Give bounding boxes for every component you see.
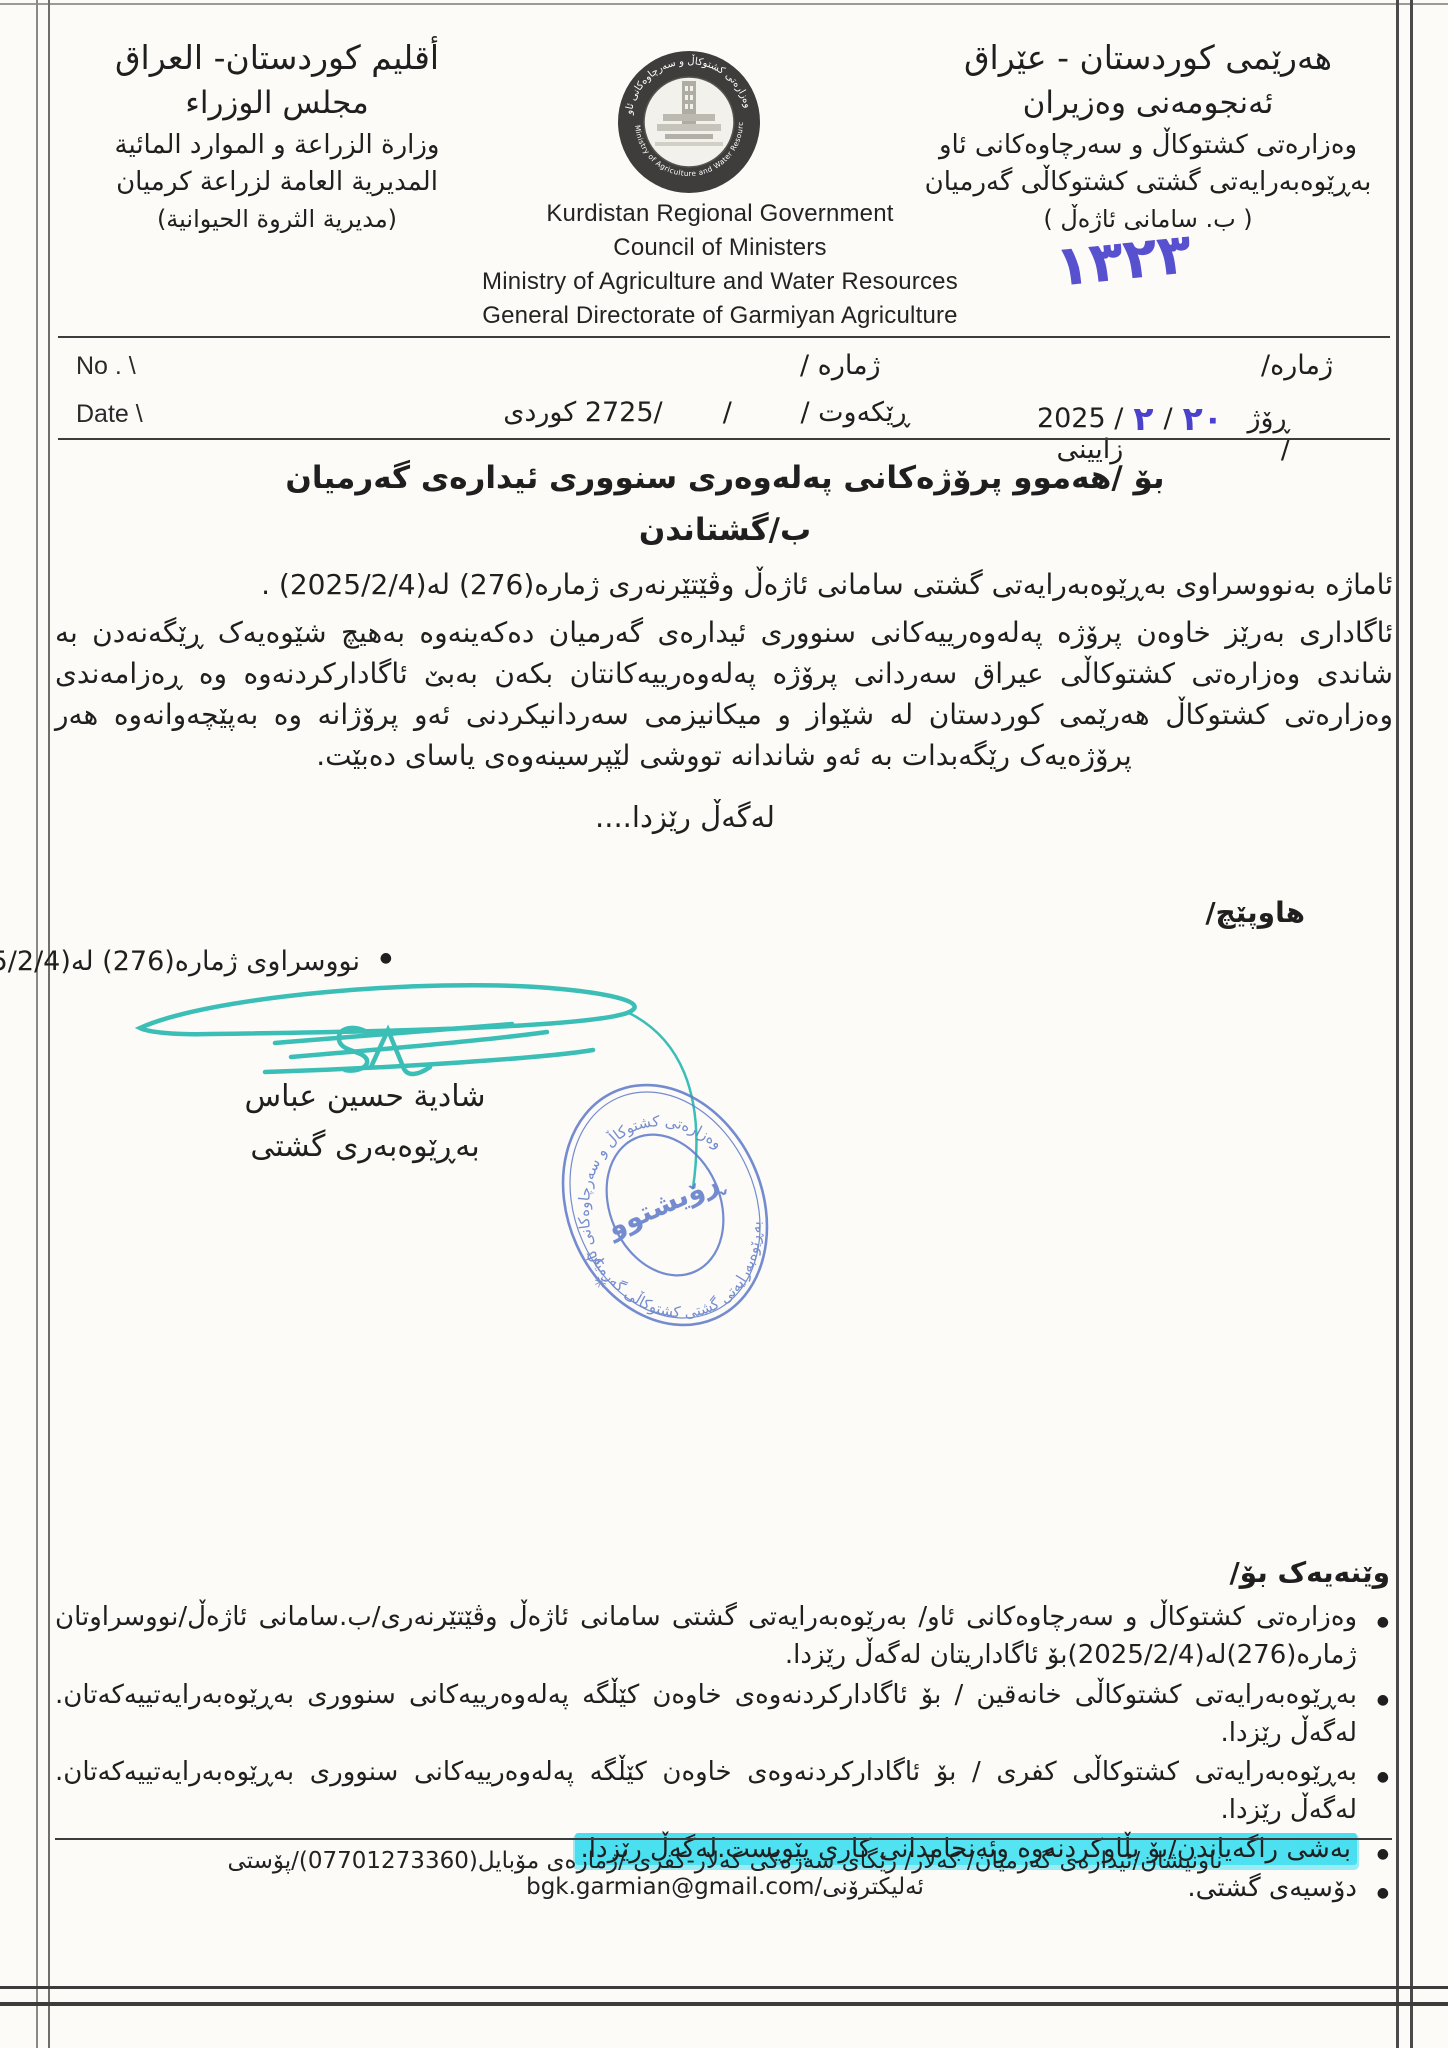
handwritten-doc-number: ١٣٢٣	[1052, 221, 1195, 300]
signer-title: به‌ڕێوه‌به‌ری گشتی	[230, 1122, 500, 1172]
kurdish-region-line: هه‌رێمی کوردستان - عێراق	[918, 34, 1378, 81]
english-council-line: Council of Ministers	[425, 231, 1015, 265]
top-scan-line	[0, 3, 1448, 5]
header-english-block: Kurdistan Regional Government Council of…	[425, 197, 1015, 333]
no-label: No . \	[76, 352, 136, 381]
right-number-label: ژماره/	[1213, 350, 1333, 381]
attachment-label: هاوپێچ/	[1205, 896, 1305, 929]
english-directorate-line: General Directorate of Garmiyan Agricult…	[425, 299, 1015, 333]
scanned-official-letter: هه‌رێمی کوردستان - عێراق ئه‌نجومه‌نی وه‌…	[0, 0, 1448, 2048]
left-border-outer	[36, 0, 38, 2048]
english-ministry-line: Ministry of Agriculture and Water Resour…	[425, 265, 1015, 299]
kurdish-ministry-line: وه‌زاره‌تی کشتوکاڵ و سه‌رچاوه‌کانی ئاو	[918, 126, 1378, 164]
arabic-council-line: مجلس الوزراء	[62, 81, 492, 126]
footer-contact-line: ناونیشان/ئیداره‌ی گه‌رمیان/ که‌لار/ رێگا…	[60, 1848, 1390, 1900]
stamp-ink: وه‌زاره‌تی کشتوکاڵ و سه‌رچاوه‌کانی ئاو ب…	[540, 1055, 790, 1355]
arabic-directorate-line: المديرية العامة لزراعة كرميان	[62, 164, 492, 201]
signer-block: شادية حسين عباس به‌ڕێوه‌به‌ری گشتی	[230, 1072, 500, 1172]
copies-label: وێنه‌یه‌ک بۆ/	[1229, 1556, 1390, 1589]
right-border-outer	[1410, 0, 1413, 2048]
handwritten-day: ٢٠	[1183, 399, 1223, 438]
stamp-center-word: ڕۆیشتوو	[600, 1163, 729, 1245]
handwritten-month: ٢	[1133, 399, 1153, 438]
copy-item-ministry: وه‌زاره‌تی کشتوکاڵ و سه‌رچاوه‌کانی ئاو/ …	[55, 1598, 1395, 1674]
body-main-paragraph: ئاگاداری به‌رێز خاوه‌ن پرۆژه په‌له‌وه‌ری…	[55, 612, 1393, 776]
arabic-region-line: أقليم كوردستان- العراق	[62, 34, 492, 81]
outgoing-stamp: وه‌زاره‌تی کشتوکاڵ و سه‌رچاوه‌کانی ئاو ب…	[540, 1055, 790, 1355]
ministry-seal-logo: وه‌زاره‌تی کشتوکاڵ و سه‌رچاوه‌کانی ئاو M…	[615, 48, 763, 196]
kurdish-directorate-line: به‌ڕێوه‌به‌رایه‌تی گشتی کشتوکاڵی گه‌رمیا…	[918, 164, 1378, 201]
center-number-label: ژماره /	[800, 350, 910, 381]
kurdish-council-line: ئه‌نجومه‌نی وه‌زیران	[918, 81, 1378, 126]
subject-to-line: بۆ /هه‌موو پرۆژه‌کانی په‌له‌وه‌ری سنووری…	[60, 452, 1390, 504]
reference-separator-line	[58, 438, 1390, 440]
bottom-border-outer	[0, 2002, 1448, 2006]
copy-item-kifri: به‌ڕێوه‌به‌رایه‌تی کشتوکاڵی کفری / بۆ ئا…	[55, 1753, 1395, 1829]
date-separator-1: /	[1164, 403, 1173, 434]
body-reference-paragraph: ئاماژه به‌نووسراوی به‌ڕێوه‌به‌رایه‌تی گش…	[55, 568, 1393, 601]
left-border-inner	[48, 0, 50, 2048]
copy-item-khanaqin: به‌ڕێوه‌به‌رایه‌تی کشتوکاڵی خانه‌قین / ب…	[55, 1676, 1395, 1752]
subject-re-line: ب/گشتاندن	[60, 504, 1390, 556]
signer-name: شادية حسين عباس	[230, 1072, 500, 1122]
center-kurdish-date-line: ڕێکه‌وت / / /2725 کوردی	[498, 397, 910, 428]
date-label: Date \	[76, 400, 143, 429]
closing-salutation: له‌گه‌ڵ رێزدا....	[60, 800, 1310, 834]
bottom-border-inner	[0, 1986, 1448, 1989]
subject-block: بۆ /هه‌موو پرۆژه‌کانی په‌له‌وه‌ری سنووری…	[60, 452, 1390, 556]
footer-separator-line	[55, 1838, 1392, 1840]
right-border-inner	[1396, 0, 1399, 2048]
english-government-line: Kurdistan Regional Government	[425, 197, 1015, 231]
arabic-ministry-line: وزارة الزراعة و الموارد المائية	[62, 126, 492, 164]
header-separator-line	[58, 336, 1390, 338]
